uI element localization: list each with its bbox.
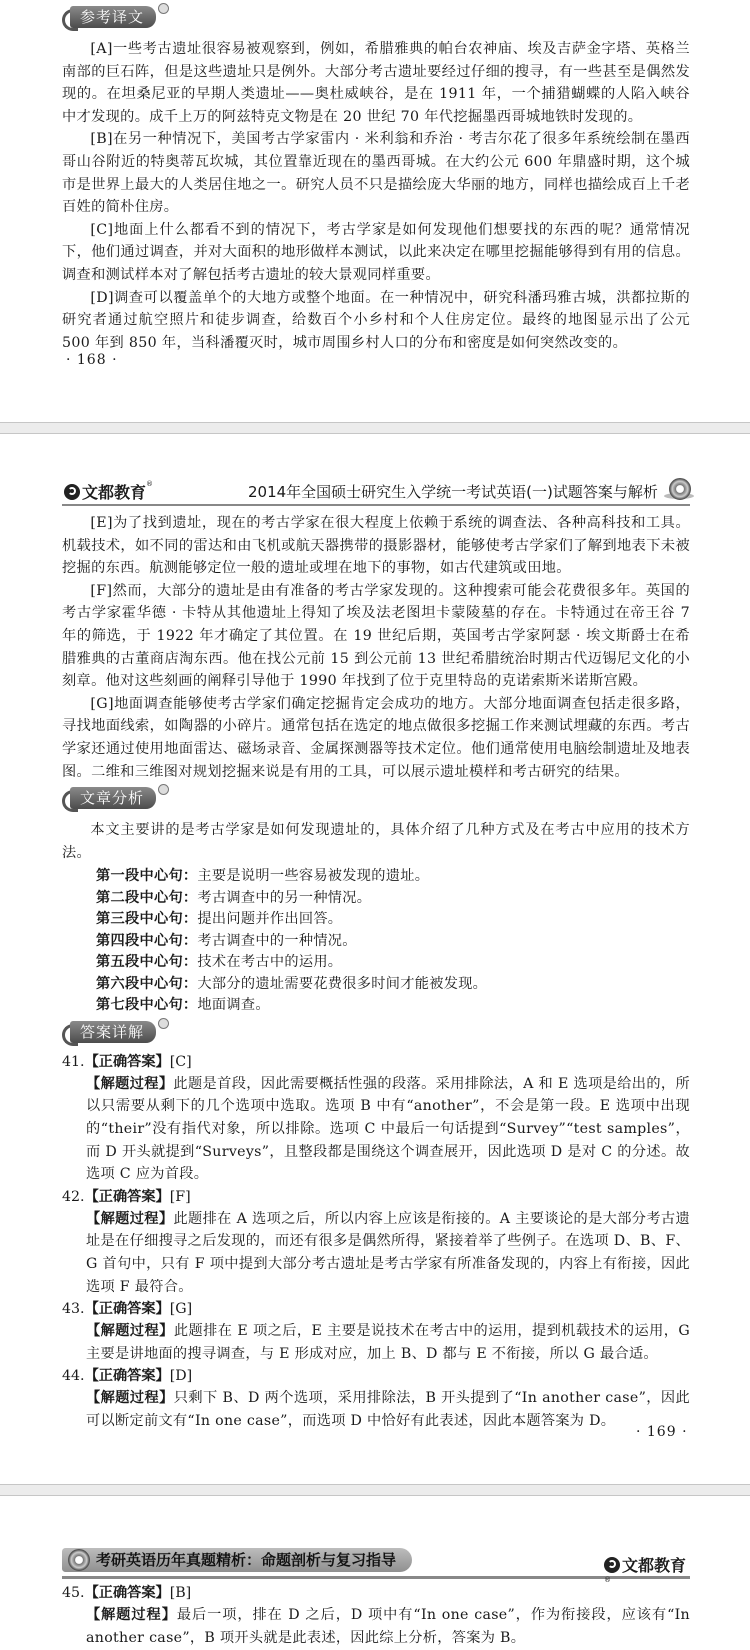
badge-label: 参考译文 — [70, 6, 156, 28]
answer-heading: 42.【正确答案】[F] — [62, 1186, 690, 1208]
badge-pin-icon — [158, 3, 169, 14]
answer-item-45: 45.【正确答案】[B] 【解题过程】最后一项，排在 D 之后，D 项中有“In… — [62, 1582, 690, 1649]
answer-item-41: 41.【正确答案】[C] 【解题过程】此题是首段，因此需要概括性强的段落。采用排… — [62, 1051, 690, 1186]
answer-explanation: 【解题过程】此题是首段，因此需要概括性强的段落。采用排除法，A 和 E 选项是给… — [62, 1073, 690, 1186]
topic-sentence-list: 第一段中心句：主要是说明一些容易被发现的遗址。 第二段中心句：考古调查中的另一种… — [62, 866, 690, 1017]
badge-label: 答案详解 — [70, 1021, 156, 1043]
topic-sentence: 第一段中心句：主要是说明一些容易被发现的遗址。 — [62, 866, 690, 888]
book-title-banner: 考研英语历年真题精析：命题剖析与复习指导 — [62, 1548, 412, 1572]
badge-pin-icon — [158, 784, 169, 795]
paragraph-c: [C]地面上什么都看不到的情况下，考古学家是如何发现他们想要找的东西的呢？通常情… — [62, 219, 690, 287]
section-badge-answers: 答案详解 — [62, 1021, 690, 1047]
topic-sentence: 第五段中心句：技术在考古中的运用。 — [62, 952, 690, 974]
topic-sentence: 第六段中心句：大部分的遗址需要花费很多时间才能被发现。 — [62, 974, 690, 996]
answer-heading: 43.【正确答案】[G] — [62, 1298, 690, 1320]
answer-list: 41.【正确答案】[C] 【解题过程】此题是首段，因此需要概括性强的段落。采用排… — [62, 1051, 690, 1433]
emblem-icon — [68, 1549, 90, 1571]
running-header: 文都教育® 2014年全国硕士研究生入学统一考试英语(一)试题答案与解析 — [62, 476, 690, 506]
publisher-logo: 文都教育® — [64, 480, 153, 503]
logo-mark-icon — [64, 484, 80, 500]
paragraph-f: [F]然而，大部分的遗址是由有准备的考古学家发现的。这种搜索可能会花费很多年。英… — [62, 580, 690, 693]
page-number: · 168 · — [66, 352, 118, 368]
emblem-icon — [669, 478, 691, 500]
answer-explanation: 【解题过程】此题排在 E 项之后，E 主要是说技术在考古中的运用，提到机载技术的… — [62, 1320, 690, 1365]
answer-heading: 45.【正确答案】[B] — [62, 1582, 690, 1604]
answer-heading: 41.【正确答案】[C] — [62, 1051, 690, 1073]
running-header: 考研英语历年真题精析：命题剖析与复习指导 文都教育® — [62, 1548, 690, 1579]
page-separator — [0, 1484, 750, 1496]
translation-section: 参考译文 [A]一些考古遗址很容易被观察到，例如，希腊雅典的帕台农神庙、埃及吉萨… — [62, 6, 690, 354]
logo-mark-icon — [604, 1557, 620, 1573]
analysis-intro: 本文主要讲的是考古学家是如何发现遗址的，具体介绍了几种方式及在考古中应用的技术方… — [62, 819, 690, 864]
section-badge-translation: 参考译文 — [62, 6, 690, 32]
page-170: 考研英语历年真题精析：命题剖析与复习指导 文都教育® 45.【正确答案】[B] … — [0, 1496, 750, 1650]
answer-explanation: 【解题过程】只剩下 B、D 两个选项，采用排除法，B 开头提到了“In anot… — [62, 1387, 690, 1432]
answer-heading: 44.【正确答案】[D] — [62, 1365, 690, 1387]
page-number: · 169 · — [636, 1424, 688, 1440]
badge-label: 文章分析 — [70, 787, 156, 809]
answer-explanation: 【解题过程】最后一项，排在 D 之后，D 项中有“In one case”，作为… — [62, 1604, 690, 1649]
answer-item-43: 43.【正确答案】[G] 【解题过程】此题排在 E 项之后，E 主要是说技术在考… — [62, 1298, 690, 1365]
paragraph-g: [G]地面调查能够使考古学家们确定挖掘肯定会成功的地方。大部分地面调查包括走很多… — [62, 693, 690, 783]
paragraph-e: [E]为了找到遗址，现在的考古学家在很大程度上依赖于系统的调查法、各种高科技和工… — [62, 512, 690, 580]
answer-item-42: 42.【正确答案】[F] 【解题过程】此题排在 A 选项之后，所以内容上应该是衔… — [62, 1186, 690, 1298]
answer-item-44: 44.【正确答案】[D] 【解题过程】只剩下 B、D 两个选项，采用排除法，B … — [62, 1365, 690, 1432]
badge-pin-icon — [158, 1018, 169, 1029]
page-separator — [0, 422, 750, 434]
paragraph-a: [A]一些考古遗址很容易被观察到，例如，希腊雅典的帕台农神庙、埃及吉萨金字塔、英… — [62, 38, 690, 128]
running-header-title: 2014年全国硕士研究生入学统一考试英语(一)试题答案与解析 — [248, 481, 658, 502]
paragraph-d: [D]调查可以覆盖单个的大地方或整个地面。在一种情况中，研究科潘玛雅古城，洪都拉… — [62, 287, 690, 355]
topic-sentence: 第七段中心句：地面调查。 — [62, 995, 690, 1017]
topic-sentence: 第三段中心句：提出问题并作出回答。 — [62, 909, 690, 931]
answer-list: 45.【正确答案】[B] 【解题过程】最后一项，排在 D 之后，D 项中有“In… — [62, 1582, 690, 1649]
topic-sentence: 第四段中心句：考古调查中的一种情况。 — [62, 931, 690, 953]
page-168: 参考译文 [A]一些考古遗址很容易被观察到，例如，希腊雅典的帕台农神庙、埃及吉萨… — [0, 0, 750, 422]
topic-sentence: 第二段中心句：考古调查中的另一种情况。 — [62, 888, 690, 910]
paragraph-b: [B]在另一种情况下，美国考古学家雷内 · 米利翁和乔治 · 考吉尔花了很多年系… — [62, 128, 690, 218]
page-169: 文都教育® 2014年全国硕士研究生入学统一考试英语(一)试题答案与解析 [E]… — [0, 434, 750, 1418]
section-badge-analysis: 文章分析 — [62, 787, 690, 813]
translation-continued: [E]为了找到遗址，现在的考古学家在很大程度上依赖于系统的调查法、各种高科技和工… — [62, 512, 690, 1433]
answer-explanation: 【解题过程】此题排在 A 选项之后，所以内容上应该是衔接的。A 主要谈论的是大部… — [62, 1208, 690, 1298]
